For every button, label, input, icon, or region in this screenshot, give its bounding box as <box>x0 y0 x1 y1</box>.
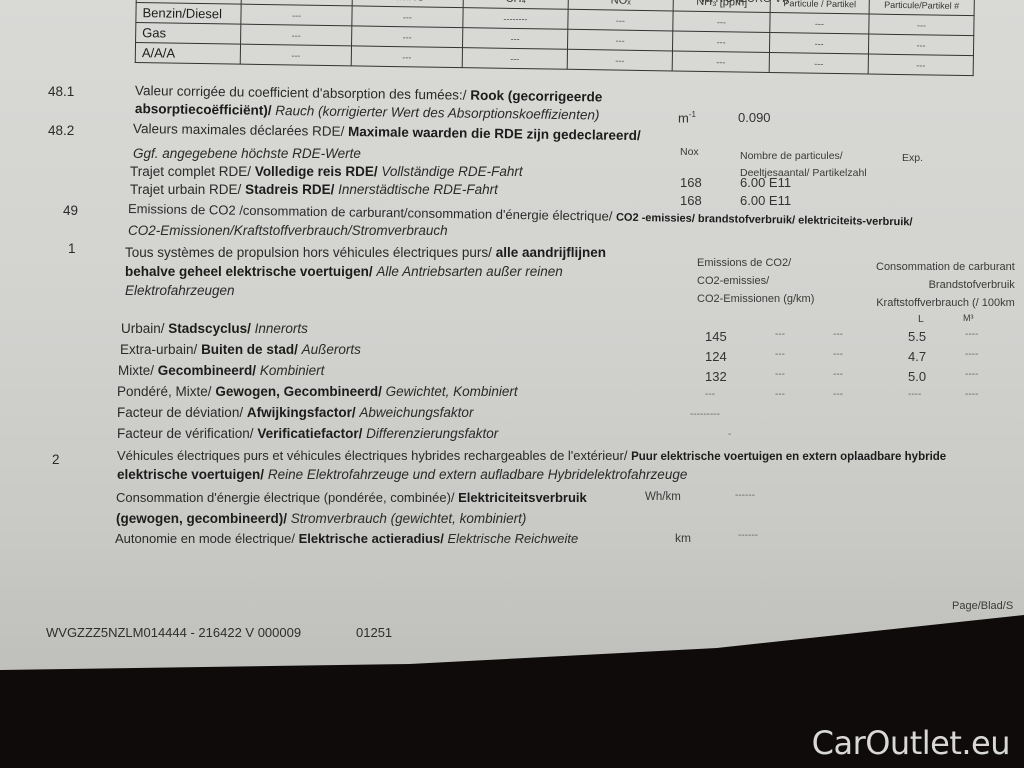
consumption-line1: Consommation d'énergie électrique (pondé… <box>116 489 587 506</box>
row-label: Benzin/Diesel <box>136 3 241 25</box>
text-nl: Verificatiefactor/ <box>257 426 362 441</box>
emissions-table: THCNMHCCH₄NOₓNH₃ [ppm]Particule / Partik… <box>135 0 975 76</box>
table-cell: --- <box>869 14 974 36</box>
text-de: Differenzierungsfaktor <box>366 426 498 441</box>
text-de: Abweichungsfaktor <box>359 405 473 420</box>
text-fr: Tous systèmes de propulsion hors véhicul… <box>125 245 492 260</box>
table-cell: --- <box>672 51 769 73</box>
unit-m-1: m-1 <box>678 110 696 125</box>
cycle-row: Urbain/ Stadscyclus/ Innerorts <box>121 320 308 337</box>
cycle-row: Facteur de déviation/ Afwijkingsfactor/ … <box>117 404 473 421</box>
co2-header-line: CO2-Emissionen (g/km) <box>697 290 814 308</box>
fuel-header-line: Brandstofverbruik <box>876 276 1015 294</box>
section-number-1: 1 <box>68 240 76 257</box>
text-nl-part2: absorptiecoëfficiënt)/ <box>135 101 272 118</box>
c3-value: --- <box>833 389 843 400</box>
table-cell: --- <box>240 44 351 66</box>
text-nl: Afwijkingsfactor/ <box>247 405 356 420</box>
table-cell: --- <box>769 32 868 54</box>
text-fr: Facteur de déviation/ <box>117 405 243 420</box>
m3-value: ---- <box>965 369 978 380</box>
table-cell: --- <box>351 46 462 68</box>
particles-value: 6.00 E11 <box>740 193 791 208</box>
row-label: Gas <box>136 23 241 45</box>
section-number-48-1: 48.1 <box>48 83 74 100</box>
section-number-2: 2 <box>52 451 60 468</box>
table-cell: --- <box>352 6 463 28</box>
c3-value: --- <box>833 349 843 360</box>
table-cell: --- <box>568 9 673 31</box>
fuel-header-line: Consommation de carburant <box>876 258 1015 276</box>
text-nl: (gewogen, gecombineerd)/ <box>116 511 287 526</box>
table-cell: --- <box>241 24 352 46</box>
text-nl: Gewogen, Gecombineerd/ <box>215 384 382 399</box>
cycle-row: Pondéré, Mixte/ Gewogen, Gecombineerd/ G… <box>117 383 518 400</box>
text-fr: Valeurs maximales déclarées RDE/ <box>133 121 345 139</box>
unit-liter: L <box>918 313 924 325</box>
text-nl: Stadscyclus/ <box>168 321 251 336</box>
text-nl: Elektriciteitsverbruik <box>458 490 587 505</box>
nox-value: 168 <box>680 175 702 190</box>
table-cell: --- <box>672 31 769 53</box>
m3-value: ---- <box>965 349 978 360</box>
text-de: Elektrische Reichweite <box>447 531 578 546</box>
text-de: Gewichtet, Kombiniert <box>386 384 518 399</box>
section-48-2-line1: Valeurs maximales déclarées RDE/ Maximal… <box>133 120 641 144</box>
text-de: Außerorts <box>302 342 361 357</box>
text-fr: Trajet urbain RDE/ <box>130 182 241 197</box>
section-number-49: 49 <box>63 202 78 219</box>
m3-value: ---- <box>965 389 978 400</box>
table-cell: --- <box>868 34 973 56</box>
text-de: Ggf. angegebene höchste RDE-Werte <box>133 145 361 162</box>
particles-value: 6.00 E11 <box>740 175 791 190</box>
text-nl-part1: Rook (gecorrigeerde <box>470 88 602 105</box>
text-fr: Véhicules électriques purs et véhicules … <box>117 448 627 463</box>
text-de: Innerstädtische RDE-Fahrt <box>338 182 498 197</box>
range-value: ------ <box>738 530 758 541</box>
text-de: Vollständige RDE-Fahrt <box>381 164 522 179</box>
table-cell: --- <box>868 54 973 76</box>
text-nl: Maximale waarden die RDE zijn gedeclaree… <box>348 124 641 143</box>
cycle-row: Mixte/ Gecombineerd/ Kombiniert <box>118 362 324 379</box>
text-fr: Consommation d'énergie électrique (pondé… <box>116 490 455 505</box>
co2-value: 145 <box>705 329 727 344</box>
c3-value: --- <box>833 329 843 340</box>
document-page: WHTC (EURO VI) THCNMHCCH₄NOₓNH₃ [ppm]Par… <box>0 0 1024 700</box>
text-fr: Valeur corrigée du coefficient d'absorpt… <box>135 83 467 103</box>
text-de: Rauch (korrigierter Wert des Absorptions… <box>275 103 599 123</box>
text-nl: CO2 -emissies/ brandstofverbruik/ elektr… <box>616 212 913 229</box>
table-cell: --- <box>241 4 352 26</box>
consumption-unit: Wh/km <box>645 491 681 503</box>
text-nl: Elektrische actieradius/ <box>299 531 444 546</box>
page-label: Page/Blad/S <box>952 600 1013 612</box>
nox-value: 168 <box>680 193 702 208</box>
text-fr: Facteur de vérification/ <box>117 426 254 441</box>
text-nl: Stadreis RDE/ <box>245 182 334 197</box>
rde-row: Trajet complet RDE/ Volledige reis RDE/ … <box>130 163 523 180</box>
fuel-header: Consommation de carburantBrandstofverbru… <box>876 258 1015 312</box>
table-cell: -------- <box>463 8 568 30</box>
table-cell: --- <box>673 11 770 33</box>
co2-header-line: CO2-emissies/ <box>697 272 814 290</box>
text-nl: Gecombineerd/ <box>158 363 256 378</box>
section-2-line2: elektrische voertuigen/ Reine Elektrofah… <box>117 466 687 483</box>
l-value: 5.0 <box>908 369 926 384</box>
text-nl-part1: Puur elektrische voertuigen en extern op… <box>631 451 946 463</box>
unit-m3: M³ <box>963 313 974 323</box>
table-cell: --- <box>463 28 568 50</box>
text-de: Reine Elektrofahrzeuge und extern auflad… <box>268 467 688 482</box>
l-value: 5.5 <box>908 329 926 344</box>
range-unit: km <box>675 531 691 545</box>
text-fr: Autonomie en mode électrique/ <box>115 531 295 546</box>
nox-header: Nox <box>680 146 699 158</box>
c2-value: --- <box>775 369 785 380</box>
text-de: Stromverbrauch (gewichtet, kombiniert) <box>291 511 527 526</box>
c3-value: --- <box>833 369 843 380</box>
co2-value: 132 <box>705 369 727 384</box>
text-nl: Buiten de stad/ <box>201 342 298 357</box>
co2-value: - <box>728 429 731 440</box>
smoke-value: 0.090 <box>738 110 771 125</box>
consumption-value: ------ <box>735 490 755 501</box>
table-cell: --- <box>567 49 672 71</box>
rde-row: Trajet urbain RDE/ Stadreis RDE/ Innerst… <box>130 181 498 198</box>
section-number-48-2: 48.2 <box>48 122 74 139</box>
section-2-line1: Véhicules électriques purs et véhicules … <box>117 447 946 466</box>
cycle-row: Facteur de vérification/ Verificatiefact… <box>117 425 498 442</box>
co2-value: 124 <box>705 349 727 364</box>
co2-header-line: Emissions de CO2/ <box>697 254 814 272</box>
text-fr: Extra-urbain/ <box>120 342 197 357</box>
table-cell: --- <box>769 52 868 74</box>
section-1-text: Tous systèmes de propulsion hors véhicul… <box>125 243 645 300</box>
l-value: ---- <box>908 389 921 400</box>
c2-value: --- <box>775 389 785 400</box>
watermark-logo: CarOutlet.eu <box>812 724 1010 762</box>
row-label: A/A/A <box>135 43 240 65</box>
range-line: Autonomie en mode électrique/ Elektrisch… <box>115 530 578 547</box>
table-cell: --- <box>770 12 869 34</box>
text-de: Innerorts <box>255 321 308 336</box>
text-fr: Mixte/ <box>118 363 154 378</box>
fuel-header-line: Kraftstoffverbrauch (/ 100km <box>876 294 1015 312</box>
text-nl: Volledige reis RDE/ <box>255 164 378 179</box>
text-fr: Trajet complet RDE/ <box>130 164 251 179</box>
co2-value: --- <box>705 389 715 400</box>
c2-value: --- <box>775 329 785 340</box>
cycle-row: Extra-urbain/ Buiten de stad/ Außerorts <box>120 341 361 358</box>
l-value: 4.7 <box>908 349 926 364</box>
vin-line: WVGZZZ5NZLM014444 - 216422 V 000009 <box>46 625 301 640</box>
table-cell: --- <box>462 48 567 70</box>
consumption-line2: (gewogen, gecombineerd)/ Stromverbrauch … <box>116 510 526 527</box>
document-code: 01251 <box>356 625 392 640</box>
table-cell: --- <box>352 26 463 48</box>
text-fr: Pondéré, Mixte/ <box>117 384 212 399</box>
text-de: CO2-Emissionen/Kraftstoffverbrauch/Strom… <box>128 222 448 239</box>
m3-value: ---- <box>965 329 978 340</box>
co2-header: Emissions de CO2/CO2-emissies/CO2-Emissi… <box>697 254 814 308</box>
text-de: Kombiniert <box>260 363 325 378</box>
text-fr: Urbain/ <box>121 321 165 336</box>
exp-header: Exp. <box>902 152 923 164</box>
table-cell: --- <box>567 29 672 51</box>
text-fr: Emissions de CO2 /consommation de carbur… <box>128 201 613 224</box>
co2-value: --------- <box>690 409 720 420</box>
c2-value: --- <box>775 349 785 360</box>
text-nl-part2: elektrische voertuigen/ <box>117 467 264 482</box>
